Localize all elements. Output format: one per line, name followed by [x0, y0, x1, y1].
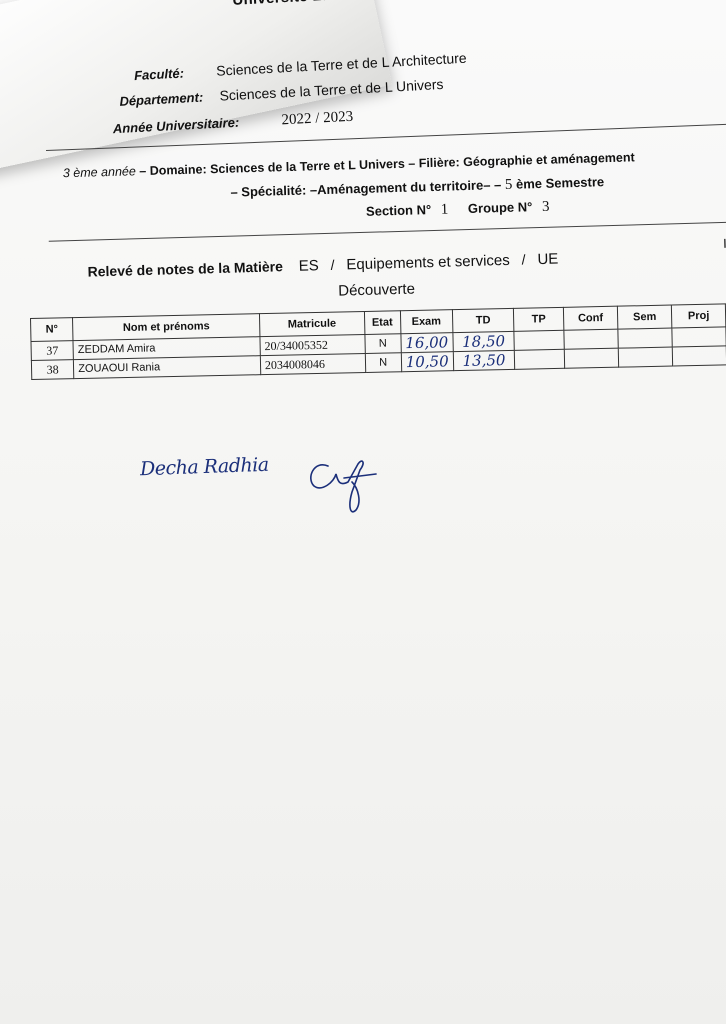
col-tp: TP — [514, 307, 564, 331]
ue-type: Découverte — [338, 281, 415, 300]
tp-grade — [515, 349, 565, 369]
niveau: 3 ème année — [63, 164, 136, 180]
matiere-code: ES — [299, 257, 319, 275]
matricule: 2034008046 — [260, 353, 365, 374]
matricule: 20/34005352 — [260, 334, 365, 355]
col-proj: Proj — [671, 304, 725, 328]
td-grade: 18,50 — [453, 331, 515, 351]
col-n: N° — [31, 318, 74, 342]
col-td: TD — [452, 308, 514, 332]
groupe-label: Groupe N° — [468, 199, 533, 216]
signature: Decha Radhia — [140, 452, 390, 522]
col-matricule: Matricule — [259, 312, 364, 337]
col-conf: Conf — [563, 306, 618, 330]
col-exam: Exam — [400, 310, 452, 334]
row-number: 37 — [31, 341, 74, 361]
row-number: 38 — [31, 360, 74, 380]
ue-label: UE — [537, 251, 558, 269]
proj-grade — [672, 346, 726, 366]
col-etat: Etat — [364, 311, 401, 335]
proj-grade — [672, 327, 726, 347]
etat: N — [365, 353, 402, 373]
tp-grade — [514, 330, 564, 350]
conf-grade — [564, 348, 619, 368]
td-grade: 13,50 — [453, 350, 515, 370]
releve-line: Relevé de notes de la Matière ES / Equip… — [87, 251, 558, 281]
domaine-filiere: – Domaine: Sciences de la Terre et L Uni… — [136, 150, 635, 178]
exam-grade: 10,50 — [401, 352, 453, 372]
conf-grade — [564, 329, 619, 349]
etat: N — [364, 334, 401, 354]
groupe-value: 3 — [542, 199, 550, 215]
section-label: Section N° — [366, 202, 432, 219]
document-page: Université Larbi Ben M'Hidi – Oum El Bou… — [0, 0, 726, 1024]
semestre-label: ème Semestre — [512, 174, 604, 192]
divider-middle — [49, 221, 726, 242]
exam-grade: 16,00 — [401, 333, 453, 353]
separator: / — [521, 251, 525, 267]
separator: / — [330, 257, 334, 273]
releve-label: Relevé de notes de la Matière — [87, 258, 283, 279]
signature-name: Decha Radhia — [140, 454, 269, 480]
specialite: – Spécialité: –Aménagement du territoire… — [230, 177, 505, 200]
program-block: 3 ème année – Domaine: Sciences de la Te… — [0, 0, 726, 330]
matiere-name: Equipements et services — [346, 252, 510, 274]
sem-grade — [618, 328, 672, 348]
col-sem: Sem — [617, 305, 672, 329]
section-groupe-line: Section N° 1 Groupe N° 3 — [366, 198, 566, 221]
student-name: ZOUAOUI Rania — [74, 356, 261, 379]
specialite-line: – Spécialité: –Aménagement du territoire… — [230, 174, 604, 201]
signature-scribble-icon — [300, 452, 390, 522]
sem-grade — [618, 347, 672, 367]
section-value: 1 — [441, 202, 449, 218]
